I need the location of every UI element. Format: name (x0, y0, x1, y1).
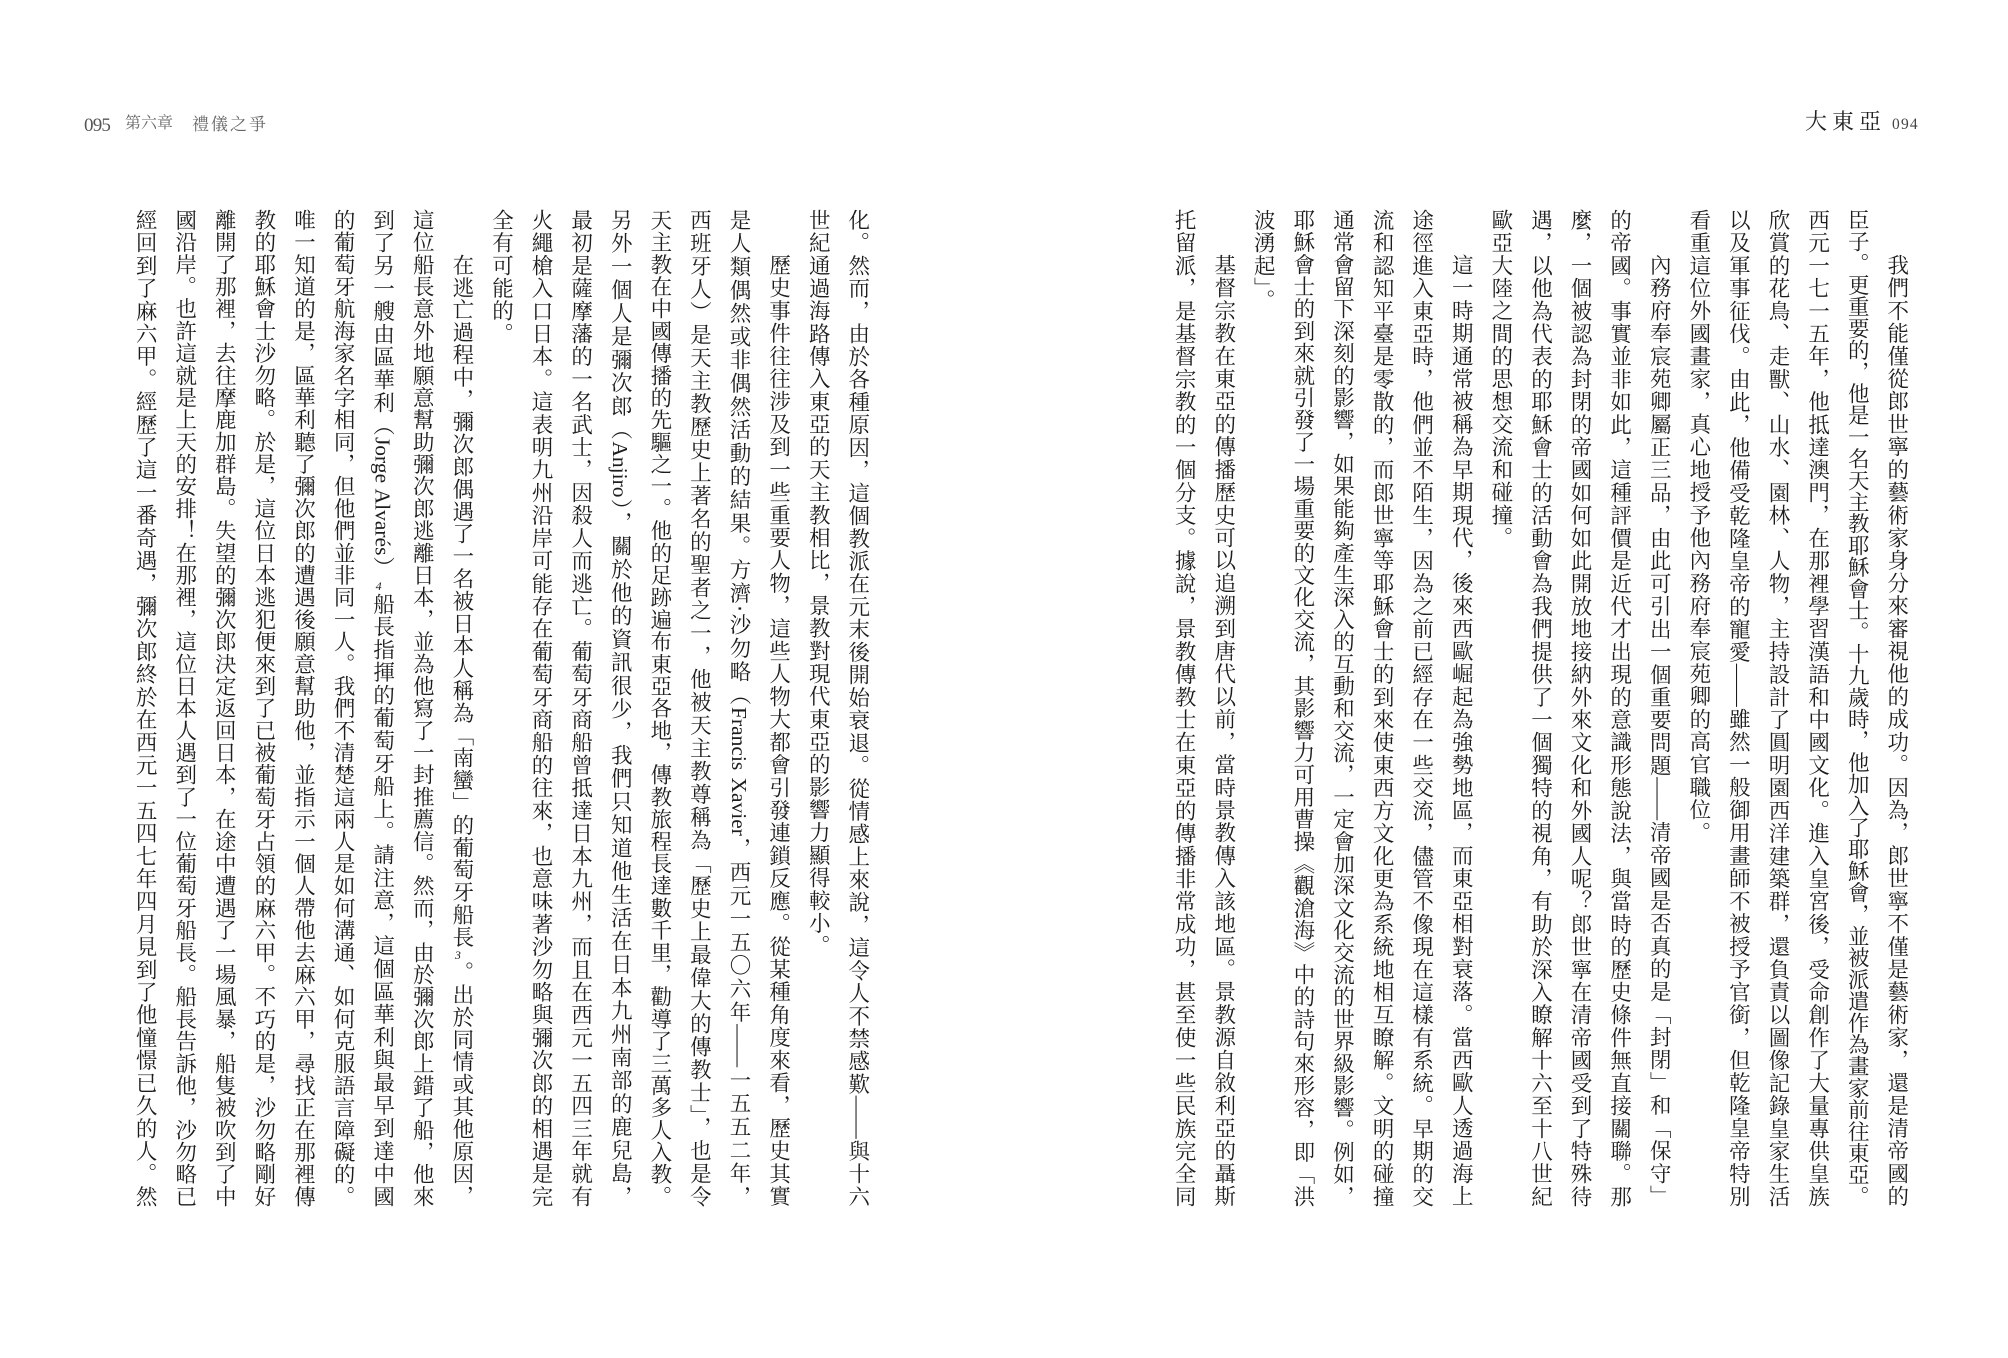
book-title: 大東亞 (1805, 111, 1886, 133)
text-column: 世紀通過海路傳入東亞的天主教相比，景教對現代東亞的影響力顯得較小。 (798, 209, 838, 1207)
text-column: 到了另一艘由區華利（Jorge Alvarés）4船長指揮的葡萄牙船上。請注意，… (362, 209, 402, 1207)
text-column: 化。然而，由於各種原因，這個教派在元末後開始衰退。從情感上來說，這令人不禁感歎—… (837, 209, 877, 1207)
text-segment: 到了另一艘由區華利（Jorge Alvarés） (371, 209, 395, 580)
text-column: 臣子。更重要的，他是一名天主教耶穌會士。十九歲時，他加入了耶穌會，並被派遣作為畫… (1837, 209, 1877, 1207)
text-column: 途徑進入東亞時，他們並不陌生，因為之前已經存在一些交流，儘管不像現在這樣有系統。… (1401, 209, 1441, 1207)
text-column: 歐亞大陸之間的思想交流和碰撞。 (1480, 209, 1520, 1207)
text-column: 以及軍事征伐。由此，他備受乾隆皇帝的寵愛——雖然一般御用畫師不被授予官銜，但乾隆… (1718, 209, 1758, 1207)
text-column: 唯一知道的是，區華利聽了彌次郎的遭遇後願意幫助他，並指示一個人帶他去麻六甲，尋找… (283, 209, 323, 1207)
text-column: 遇，以他為代表的耶穌會士的活動會為我們提供了一個獨特的視角，有助於深入瞭解十六至… (1520, 209, 1560, 1207)
page-number-right: 094 (1892, 117, 1919, 133)
chapter-label: 第六章 (125, 116, 173, 132)
text-column: 的葡萄牙航海家名字相同，但他們並非同一人。我們不清楚這兩人是如何溝通、如何克服語… (322, 209, 362, 1207)
text-column: 在逃亡過程中，彌次郎偶遇了一名被日本人稱為「南蠻」的葡萄牙船長3。出於同情或其他… (441, 209, 481, 1207)
text-column: 托留派，是基督宗教的一個分支。據說，景教傳教士在東亞的傳播非常成功，甚至使一些民… (1164, 209, 1204, 1207)
text-column: 歷史事件往往涉及到一些重要人物，這些人物大都會引發連鎖反應。從某種角度來看，歷史… (758, 209, 798, 1207)
chapter-title: 禮儀之爭 (192, 116, 268, 133)
text-column: 基督宗教在東亞的傳播歷史可以追溯到唐代以前，當時景教傳入該地區。景教源自敘利亞的… (1203, 209, 1243, 1207)
text-column: 西元一七一五年，他抵達澳門，在那裡學習漢語和中國文化。進入皇宮後，受命創作了大量… (1797, 209, 1837, 1207)
text-column: 通常會留下深刻的影響，如果能夠產生深入的互動和交流，一定會加深文化交流的世界級影… (1322, 209, 1362, 1207)
text-column: 經回到了麻六甲。經歷了這一番奇遇，彌次郎終於在西元一五四七年四月見到了他憧憬已久… (125, 209, 165, 1207)
text-column: 離開了那裡，去往摩鹿加群島。失望的彌次郎決定返回日本，在途中遭遇了一場風暴，船隻… (204, 209, 244, 1207)
text-column: 波湧起」。 (1243, 209, 1283, 1207)
text-column: 流和認知平臺是零散的，而郎世寧等耶穌會士的到來使東西方文化更為系統地相互瞭解。文… (1361, 209, 1401, 1207)
text-column: 是人類偶然或非偶然活動的結果。方濟‧沙勿略（Francis Xavier，西元一… (718, 209, 758, 1207)
text-column: 這一時期通常被稱為早期現代，後來西歐崛起為強勢地區，而東亞相對衰落。當西歐人透過… (1441, 209, 1481, 1207)
text-column: 教的耶穌會士沙勿略。於是，這位日本逃犯便來到了已被葡萄牙占領的麻六甲。不巧的是，… (243, 209, 283, 1207)
text-column: 火繩槍入口日本。這表明九州沿岸可能存在葡萄牙商船的往來，也意味著沙勿略與彌次郎的… (520, 209, 560, 1207)
text-column: 最初是薩摩藩的一名武士，因殺人而逃亡。葡萄牙商船曾抵達日本九州，而且在西元一五四… (560, 209, 600, 1207)
text-segment: 船長指揮的葡萄牙船上。請注意，這個區華利與最早到達中國 (371, 593, 395, 1207)
text-column: 欣賞的花鳥、走獸、山水、園林、人物，主持設計了圓明園西洋建築群，還負責以圖像記錄… (1757, 209, 1797, 1207)
text-column: 全有可能的。 (481, 209, 521, 1207)
text-column: 另外一個人是彌次郎（Anjiro），關於他的資訊很少，我們只知道他生活在日本九州… (600, 209, 640, 1207)
text-column: 國沿岸。也許這就是上天的安排！在那裡，這位日本人遇到了一位葡萄牙船長。船長告訴他… (164, 209, 204, 1207)
text-column: 天主教在中國傳播的先驅之一。他的足跡遍布東亞各地，傳教旅程長達數千里，勸導了三萬… (639, 209, 679, 1207)
text-column: 麼，一個被認為封閉的帝國如何如此開放地接納外來文化和外國人呢？郎世寧在清帝國受到… (1559, 209, 1599, 1207)
text-column: 的帝國。事實並非如此，這種評價是近代才出現的意識形態說法，與當時的歷史條件無直接… (1599, 209, 1639, 1207)
text-column: 耶穌會士的到來就引發了一場重要的文化交流，其影響力可用曹操《觀滄海》中的詩句來形… (1282, 209, 1322, 1207)
page-number-left: 095 (84, 116, 110, 135)
text-column: 內務府奉宸苑卿屬正三品，由此可引出一個重要問題——清帝國是否真的是「封閉」和「保… (1639, 209, 1679, 1207)
left-page-body: 化。然而，由於各種原因，這個教派在元末後開始衰退。從情感上來說，這令人不禁感歎—… (124, 209, 876, 1207)
text-column: 這位船長意外地願意幫助彌次郎逃離日本，並為他寫了一封推薦信。然而，由於彌次郎上錯… (402, 209, 442, 1207)
footnote-ref: 3 (455, 949, 469, 962)
right-page-body: 我們不能僅從郎世寧的藝術家身分來審視他的成功。因為，郎世寧不僅是藝術家，還是清帝… (1163, 209, 1915, 1207)
text-column: 看重這位外國畫家，真心地授予他內務府奉宸苑卿的高官職位。 (1678, 209, 1718, 1207)
footnote-ref: 4 (376, 580, 390, 593)
text-segment: 在逃亡過程中，彌次郎偶遇了一名被日本人稱為「南蠻」的葡萄牙船長 (450, 254, 474, 948)
text-column: 西班牙人）是天主教歷史上著名的聖者之一，他被天主教尊稱為「歷史上最偉大的傳教士」… (679, 209, 719, 1207)
text-segment: 。出於同情或其他原因， (450, 962, 474, 1207)
text-column: 我們不能僅從郎世寧的藝術家身分來審視他的成功。因為，郎世寧不僅是藝術家，還是清帝… (1876, 209, 1916, 1207)
